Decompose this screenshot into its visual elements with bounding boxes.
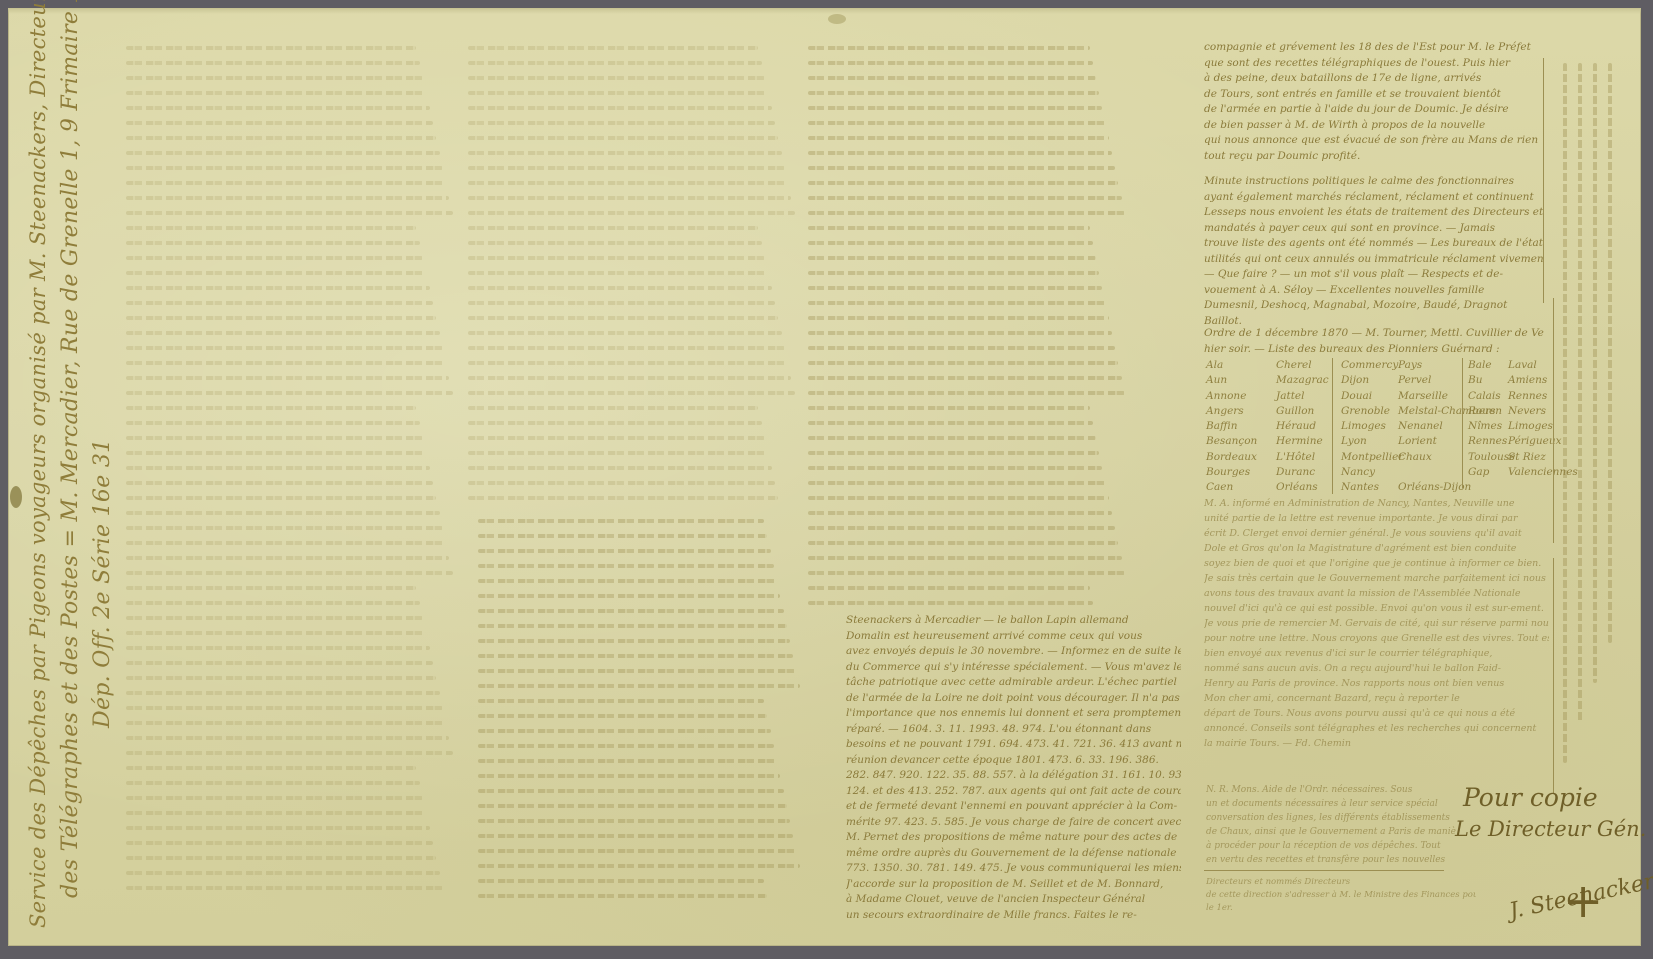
table-cell: Nantes	[1341, 480, 1403, 495]
table-cell: Angers	[1206, 404, 1257, 419]
illegible-text-line	[468, 265, 768, 280]
illegible-text-line	[478, 603, 784, 618]
text-line: de bien passer à M. de Wirth à propos de…	[1204, 118, 1544, 134]
illegible-text-line	[478, 768, 780, 783]
table-cell: Bourges	[1206, 465, 1257, 480]
illegible-text-line	[126, 70, 423, 85]
illegible-text-line	[468, 445, 768, 460]
illegible-text-line	[126, 535, 446, 550]
table-cell: Mazagrac	[1276, 373, 1329, 388]
heading-line-1: Service des Dépêches par Pigeons voyageu…	[26, 0, 50, 928]
heading-line-3: Dép. Off. 2e Série 16e 31	[90, 439, 115, 728]
illegible-text-line	[478, 573, 777, 588]
margin-rule	[1553, 558, 1554, 793]
heading-line-2: des Télégraphes et des Postes = M. Merca…	[58, 0, 83, 898]
illegible-text-line	[478, 858, 800, 873]
illegible-text-line	[126, 85, 426, 100]
illegible-text-line	[478, 513, 764, 528]
illegible-text-line	[808, 145, 1112, 160]
text-line: nommé sans aucun avis. On a reçu aujourd…	[1204, 661, 1549, 676]
text-line: de l'armée de la Loire ne doit point vou…	[846, 691, 1181, 707]
table-cell: Caen	[1206, 480, 1257, 495]
ink-stain	[10, 486, 22, 508]
text-line: soyez bien de quoi et que l'origine que …	[1204, 556, 1549, 571]
illegible-text-line	[808, 490, 1109, 505]
text-line: et de fermeté devant l'ennemi en pouvant…	[846, 799, 1181, 815]
illegible-text-line	[808, 430, 1096, 445]
text-line: vouement à A. Séloy — Excellentes nouvel…	[1204, 283, 1544, 299]
text-line: utilités qui ont ceux annulés ou immatri…	[1204, 252, 1544, 268]
text-line: du Commerce qui s'y intéresse spécialeme…	[846, 660, 1181, 676]
illegible-text-line	[808, 550, 1122, 565]
illegible-text-line	[478, 873, 764, 888]
text-line: Steenackers à Mercadier — le ballon Lapi…	[846, 613, 1181, 629]
column-4-block-1: compagnie et grévement les 18 des de l'E…	[1204, 40, 1544, 164]
illegible-text-line	[126, 265, 426, 280]
text-line: de l'armée en partie à l'aide du jour de…	[1204, 102, 1544, 118]
text-line: 773. 1350. 30. 781. 149. 475. Je vous co…	[846, 861, 1181, 877]
margin-rule	[1553, 298, 1554, 543]
signature-flourish-icon: +	[1563, 873, 1603, 929]
vertical-heading: Service des Dépêches par Pigeons voyageu…	[26, 48, 126, 928]
illegible-text-line	[468, 430, 765, 445]
illegible-text-line	[468, 370, 791, 385]
text-line: Directeurs et nommés Directeurs	[1206, 876, 1476, 889]
illegible-text-line	[126, 745, 453, 760]
illegible-text-line	[126, 520, 443, 535]
table-cell: Nancy	[1341, 465, 1403, 480]
illegible-text-line	[478, 633, 790, 648]
illegible-text-line	[808, 115, 1106, 130]
illegible-text-line	[126, 280, 430, 295]
text-line: que sont des recettes télégraphiques de …	[1204, 56, 1544, 72]
text-line: Ordre de 1 décembre 1870 — M. Tourner, M…	[1204, 326, 1544, 342]
text-line: J'accorde sur la proposition de M. Seill…	[846, 877, 1181, 893]
illegible-text-line	[126, 715, 446, 730]
text-line: annoncé. Conseils sont télégraphes et le…	[1204, 721, 1549, 736]
illegible-text-line	[808, 325, 1112, 340]
text-column-1	[126, 40, 456, 890]
table-cell: Orléans	[1276, 480, 1329, 495]
illegible-text-line	[478, 783, 784, 798]
table-cell: Montpellier	[1341, 450, 1403, 465]
text-line: Mon cher ami, concernant Bazard, reçu à …	[1204, 691, 1549, 706]
text-line: besoins et ne pouvant 1791. 694. 473. 41…	[846, 737, 1181, 753]
illegible-text-line	[808, 235, 1093, 250]
illegible-text-line	[808, 400, 1090, 415]
text-line: réunion devancer cette époque 1801. 473.…	[846, 753, 1181, 769]
illegible-text-line	[468, 385, 795, 400]
illegible-text-line	[468, 145, 782, 160]
illegible-text-line	[126, 505, 440, 520]
illegible-text-line	[808, 220, 1090, 235]
table-cell: Cherel	[1276, 358, 1329, 373]
margin-note-line	[1608, 63, 1612, 643]
text-line: trouve liste des agents ont été nommés —…	[1204, 236, 1544, 252]
illegible-text-line	[478, 828, 793, 843]
text-line: Je sais très certain que le Gouvernement…	[1204, 571, 1549, 586]
illegible-text-line	[126, 640, 430, 655]
column-4-block-2: Minute instructions politiques le calme …	[1204, 174, 1544, 329]
illegible-text-line	[808, 100, 1102, 115]
illegible-text-line	[126, 610, 423, 625]
table-cell: Besançon	[1206, 434, 1257, 449]
table-cell: Commercy	[1341, 358, 1403, 373]
table-divider	[1332, 358, 1333, 494]
illegible-text-line	[126, 445, 426, 460]
illegible-text-line	[468, 220, 758, 235]
text-line: unité partie de la lettre est revenue im…	[1204, 511, 1549, 526]
illegible-text-line	[808, 265, 1099, 280]
illegible-text-line	[468, 205, 795, 220]
illegible-text-line	[126, 700, 443, 715]
illegible-text-line	[478, 843, 797, 858]
illegible-text-line	[808, 595, 1093, 610]
illegible-text-line	[468, 310, 778, 325]
illegible-text-line	[478, 648, 793, 663]
illegible-text-line	[808, 40, 1090, 55]
illegible-text-line	[468, 190, 791, 205]
illegible-text-line	[126, 355, 446, 370]
text-line: avez envoyés depuis le 30 novembre. — In…	[846, 644, 1181, 660]
illegible-text-line	[126, 460, 430, 475]
illegible-text-line	[478, 588, 780, 603]
table-cell: Ala	[1206, 358, 1257, 373]
text-line: mandatés à payer ceux qui sont en provin…	[1204, 221, 1544, 237]
text-line: tâche patriotique avec cette admirable a…	[846, 675, 1181, 691]
illegible-text-line	[478, 543, 771, 558]
text-line: l'importance que nos ennemis lui donnent…	[846, 706, 1181, 722]
illegible-text-line	[126, 250, 423, 265]
table-cell: Jattel	[1276, 389, 1329, 404]
table-cell: Dijon	[1341, 373, 1403, 388]
text-line: de cette direction s'adresser à M. le Mi…	[1206, 889, 1476, 902]
illegible-text-line	[808, 340, 1115, 355]
illegible-text-line	[126, 190, 449, 205]
text-line: de Chaux, ainsi que le Gouvernement a Pa…	[1206, 825, 1456, 839]
illegible-text-line	[468, 400, 758, 415]
text-line: la mairie Tours. — Fd. Chemin	[1204, 736, 1549, 751]
text-line: Dumesnil, Deshocq, Magnabal, Mozoire, Ba…	[1204, 298, 1544, 314]
illegible-text-line	[126, 595, 420, 610]
illegible-text-line	[478, 693, 764, 708]
table-cell: Lyon	[1341, 434, 1403, 449]
illegible-text-line	[468, 70, 765, 85]
illegible-text-line	[126, 670, 436, 685]
illegible-text-line	[126, 775, 420, 790]
illegible-text-line	[808, 190, 1122, 205]
illegible-text-line	[126, 835, 433, 850]
text-line: 282. 847. 920. 122. 35. 88. 557. à la dé…	[846, 768, 1181, 784]
illegible-text-line	[126, 340, 443, 355]
illegible-text-line	[126, 820, 430, 835]
table-cell: L'Hôtel	[1276, 450, 1329, 465]
table-divider	[1462, 358, 1463, 488]
illegible-text-line	[126, 850, 436, 865]
illegible-text-line	[126, 145, 440, 160]
text-line: ayant également marchés réclament, récla…	[1204, 190, 1544, 206]
text-line: à procéder pour la réception de vos dépê…	[1206, 839, 1456, 853]
table-cell: Aun	[1206, 373, 1257, 388]
column-4-lower-text: M. A. informé en Administration de Nancy…	[1204, 496, 1549, 751]
column-3-dispatch-text: Steenackers à Mercadier — le ballon Lapi…	[846, 613, 1181, 923]
post-offices-table: AlaAunAnnoneAngersBaffinBesançonBordeaux…	[1206, 358, 1556, 494]
illegible-text-line	[126, 115, 433, 130]
illegible-text-line	[468, 355, 788, 370]
illegible-text-line	[126, 100, 430, 115]
text-line: Minute instructions politiques le calme …	[1204, 174, 1544, 190]
illegible-text-line	[126, 205, 453, 220]
illegible-text-line	[126, 385, 453, 400]
table-cell: Grenoble	[1341, 404, 1403, 419]
text-line: départ de Tours. Nous avons pourvu aussi…	[1204, 706, 1549, 721]
text-column-3-upper	[808, 40, 1128, 610]
right-margin-notes	[1563, 63, 1628, 793]
margin-note-line	[1593, 63, 1597, 683]
illegible-text-line	[478, 738, 774, 753]
text-line: — Que faire ? — un mot s'il vous plaît —…	[1204, 267, 1544, 283]
text-line: le 1er.	[1206, 902, 1476, 915]
illegible-text-line	[808, 415, 1093, 430]
illegible-text-line	[808, 460, 1102, 475]
margin-note-line	[1563, 63, 1567, 763]
table-cell: Duranc	[1276, 465, 1329, 480]
illegible-text-line	[126, 865, 440, 880]
document-paper: Service des Dépêches par Pigeons voyageu…	[8, 8, 1641, 946]
table-col-1: AlaAunAnnoneAngersBaffinBesançonBordeaux…	[1206, 358, 1257, 496]
illegible-text-line	[468, 490, 778, 505]
illegible-text-line	[126, 655, 433, 670]
illegible-text-line	[126, 580, 416, 595]
illegible-text-line	[468, 475, 775, 490]
illegible-text-line	[808, 475, 1106, 490]
text-line: écrit D. Clerget envoi dernier général. …	[1204, 526, 1549, 541]
text-line: un secours extraordinaire de Mille franc…	[846, 908, 1181, 924]
illegible-text-line	[126, 130, 436, 145]
illegible-text-line	[126, 760, 416, 775]
illegible-text-line	[808, 370, 1122, 385]
illegible-text-line	[126, 790, 423, 805]
illegible-text-line	[468, 250, 765, 265]
text-line: Je vous prie de remercier M. Gervais de …	[1204, 616, 1549, 631]
illegible-text-line	[126, 625, 426, 640]
illegible-text-line	[468, 175, 788, 190]
text-line: réparé. — 1604. 3. 11. 1993. 48. 974. L'…	[846, 722, 1181, 738]
text-line: compagnie et grévement les 18 des de l'E…	[1204, 40, 1544, 56]
illegible-text-line	[126, 490, 436, 505]
text-line: même ordre auprès du Gouvernement de la …	[846, 846, 1181, 862]
text-column-2	[468, 40, 798, 510]
illegible-text-line	[126, 475, 433, 490]
illegible-text-line	[126, 310, 436, 325]
text-line: Lesseps nous envoient les états de trait…	[1204, 205, 1544, 221]
illegible-text-line	[468, 235, 762, 250]
illegible-text-line	[468, 130, 778, 145]
table-cell: Baffin	[1206, 419, 1257, 434]
illegible-text-line	[126, 175, 446, 190]
illegible-text-line	[478, 723, 771, 738]
paper-edge	[8, 8, 1641, 14]
text-line: Dole et Gros qu'on la Magistrature d'agr…	[1204, 541, 1549, 556]
text-line: mérite 97. 423. 5. 585. Je vous charge d…	[846, 815, 1181, 831]
table-col-3: CommercyDijonDouaiGrenobleLimogesLyonMon…	[1341, 358, 1403, 496]
margin-rule	[1543, 58, 1544, 303]
illegible-text-line	[468, 100, 772, 115]
illegible-text-line	[126, 370, 449, 385]
illegible-text-line	[126, 295, 433, 310]
illegible-text-line	[468, 295, 775, 310]
illegible-text-line	[808, 505, 1112, 520]
text-line: conversation des lignes, les différents …	[1206, 811, 1456, 825]
illegible-text-line	[478, 813, 790, 828]
illegible-text-line	[468, 40, 758, 55]
illegible-text-line	[808, 385, 1125, 400]
table-cell: Annone	[1206, 389, 1257, 404]
illegible-text-line	[808, 535, 1118, 550]
illegible-text-line	[808, 295, 1106, 310]
illegible-text-line	[126, 55, 420, 70]
text-line: tout reçu par Doumic profité.	[1204, 149, 1544, 165]
illegible-text-line	[808, 445, 1099, 460]
column-4-footer-text: N. R. Mons. Aide de l'Ordr. nécessaires.…	[1206, 783, 1456, 867]
text-line: un et documents nécessaires à leur servi…	[1206, 797, 1456, 811]
illegible-text-line	[126, 220, 416, 235]
margin-note-line	[1578, 63, 1582, 723]
illegible-text-line	[126, 325, 440, 340]
illegible-text-line	[126, 415, 420, 430]
illegible-text-line	[478, 708, 767, 723]
illegible-text-line	[468, 55, 762, 70]
illegible-text-line	[468, 115, 775, 130]
table-cell: Héraud	[1276, 419, 1329, 434]
table-cell: Douai	[1341, 389, 1403, 404]
illegible-text-line	[478, 798, 787, 813]
illegible-text-line	[808, 355, 1118, 370]
column-4-block-3-header: Ordre de 1 décembre 1870 — M. Tourner, M…	[1204, 326, 1544, 357]
text-line: nouvel d'ici qu'à ce qui est possible. E…	[1204, 601, 1549, 616]
illegible-text-line	[126, 235, 420, 250]
illegible-text-line	[126, 430, 423, 445]
illegible-text-line	[126, 550, 449, 565]
text-line: hier soir. — Liste des bureaux des Pionn…	[1204, 342, 1544, 358]
illegible-text-line	[478, 888, 767, 903]
directeur-label: Le Directeur Gén.	[1455, 817, 1646, 841]
illegible-text-line	[808, 55, 1093, 70]
illegible-text-line	[126, 565, 453, 580]
text-line: à Madame Clouet, veuve de l'ancien Inspe…	[846, 892, 1181, 908]
table-cell: Hermine	[1276, 434, 1329, 449]
illegible-text-line	[478, 528, 767, 543]
illegible-text-line	[808, 520, 1115, 535]
illegible-text-line	[468, 460, 772, 475]
illegible-text-line	[468, 340, 785, 355]
illegible-text-line	[126, 685, 440, 700]
illegible-text-line	[468, 280, 772, 295]
illegible-text-line	[468, 415, 762, 430]
paper-stain	[828, 14, 846, 24]
text-line: de Tours, sont entrés en famille et se t…	[1204, 87, 1544, 103]
table-cell: Guillon	[1276, 404, 1329, 419]
text-line: bien envoyé aux revenus d'ici sur le cou…	[1204, 646, 1549, 661]
column-4-note: Directeurs et nommés Directeursde cette …	[1206, 876, 1476, 915]
text-line: à des peine, deux bataillons de 17e de l…	[1204, 71, 1544, 87]
illegible-text-line	[808, 175, 1118, 190]
illegible-text-line	[126, 805, 426, 820]
illegible-text-line	[808, 130, 1109, 145]
text-line: N. R. Mons. Aide de l'Ordr. nécessaires.…	[1206, 783, 1456, 797]
illegible-text-line	[468, 85, 768, 100]
illegible-text-line	[808, 565, 1125, 580]
illegible-text-line	[126, 400, 416, 415]
illegible-text-line	[468, 325, 782, 340]
illegible-text-line	[808, 160, 1115, 175]
illegible-text-line	[478, 753, 777, 768]
illegible-text-line	[808, 70, 1096, 85]
text-line: qui nous annonce que est évacué de son f…	[1204, 133, 1544, 149]
illegible-text-line	[808, 205, 1125, 220]
illegible-text-line	[468, 160, 785, 175]
table-cell: Bordeaux	[1206, 450, 1257, 465]
illegible-text-line	[126, 880, 443, 890]
illegible-text-line	[478, 663, 797, 678]
text-line: avons tous des travaux avant la mission …	[1204, 586, 1549, 601]
text-line: Henry au Paris de province. Nos rapports…	[1204, 676, 1549, 691]
illegible-text-line	[126, 730, 449, 745]
table-cell: Limoges	[1341, 419, 1403, 434]
illegible-text-line	[478, 618, 787, 633]
illegible-text-line	[478, 678, 800, 693]
text-line: en vertu des recettes et transfère pour …	[1206, 853, 1456, 867]
text-line: 124. et des 413. 252. 787. aux agents qu…	[846, 784, 1181, 800]
footer-rule	[1204, 870, 1444, 871]
illegible-text-line	[478, 558, 774, 573]
illegible-text-line	[126, 160, 443, 175]
illegible-text-line	[808, 85, 1099, 100]
text-column-2-lower	[478, 513, 803, 913]
illegible-text-line	[808, 580, 1090, 595]
text-line: M. A. informé en Administration de Nancy…	[1204, 496, 1549, 511]
illegible-text-line	[808, 310, 1109, 325]
text-line: M. Pernet des propositions de même natur…	[846, 830, 1181, 846]
illegible-text-line	[126, 40, 416, 55]
illegible-text-line	[808, 280, 1102, 295]
table-col-2: CherelMazagracJattelGuillonHéraudHermine…	[1276, 358, 1329, 496]
illegible-text-line	[808, 250, 1096, 265]
text-line: Domalin est heureusement arrivé comme ce…	[846, 629, 1181, 645]
pour-copie-label: Pour copie	[1463, 783, 1598, 812]
text-line: pour notre une lettre. Nous croyons que …	[1204, 631, 1549, 646]
